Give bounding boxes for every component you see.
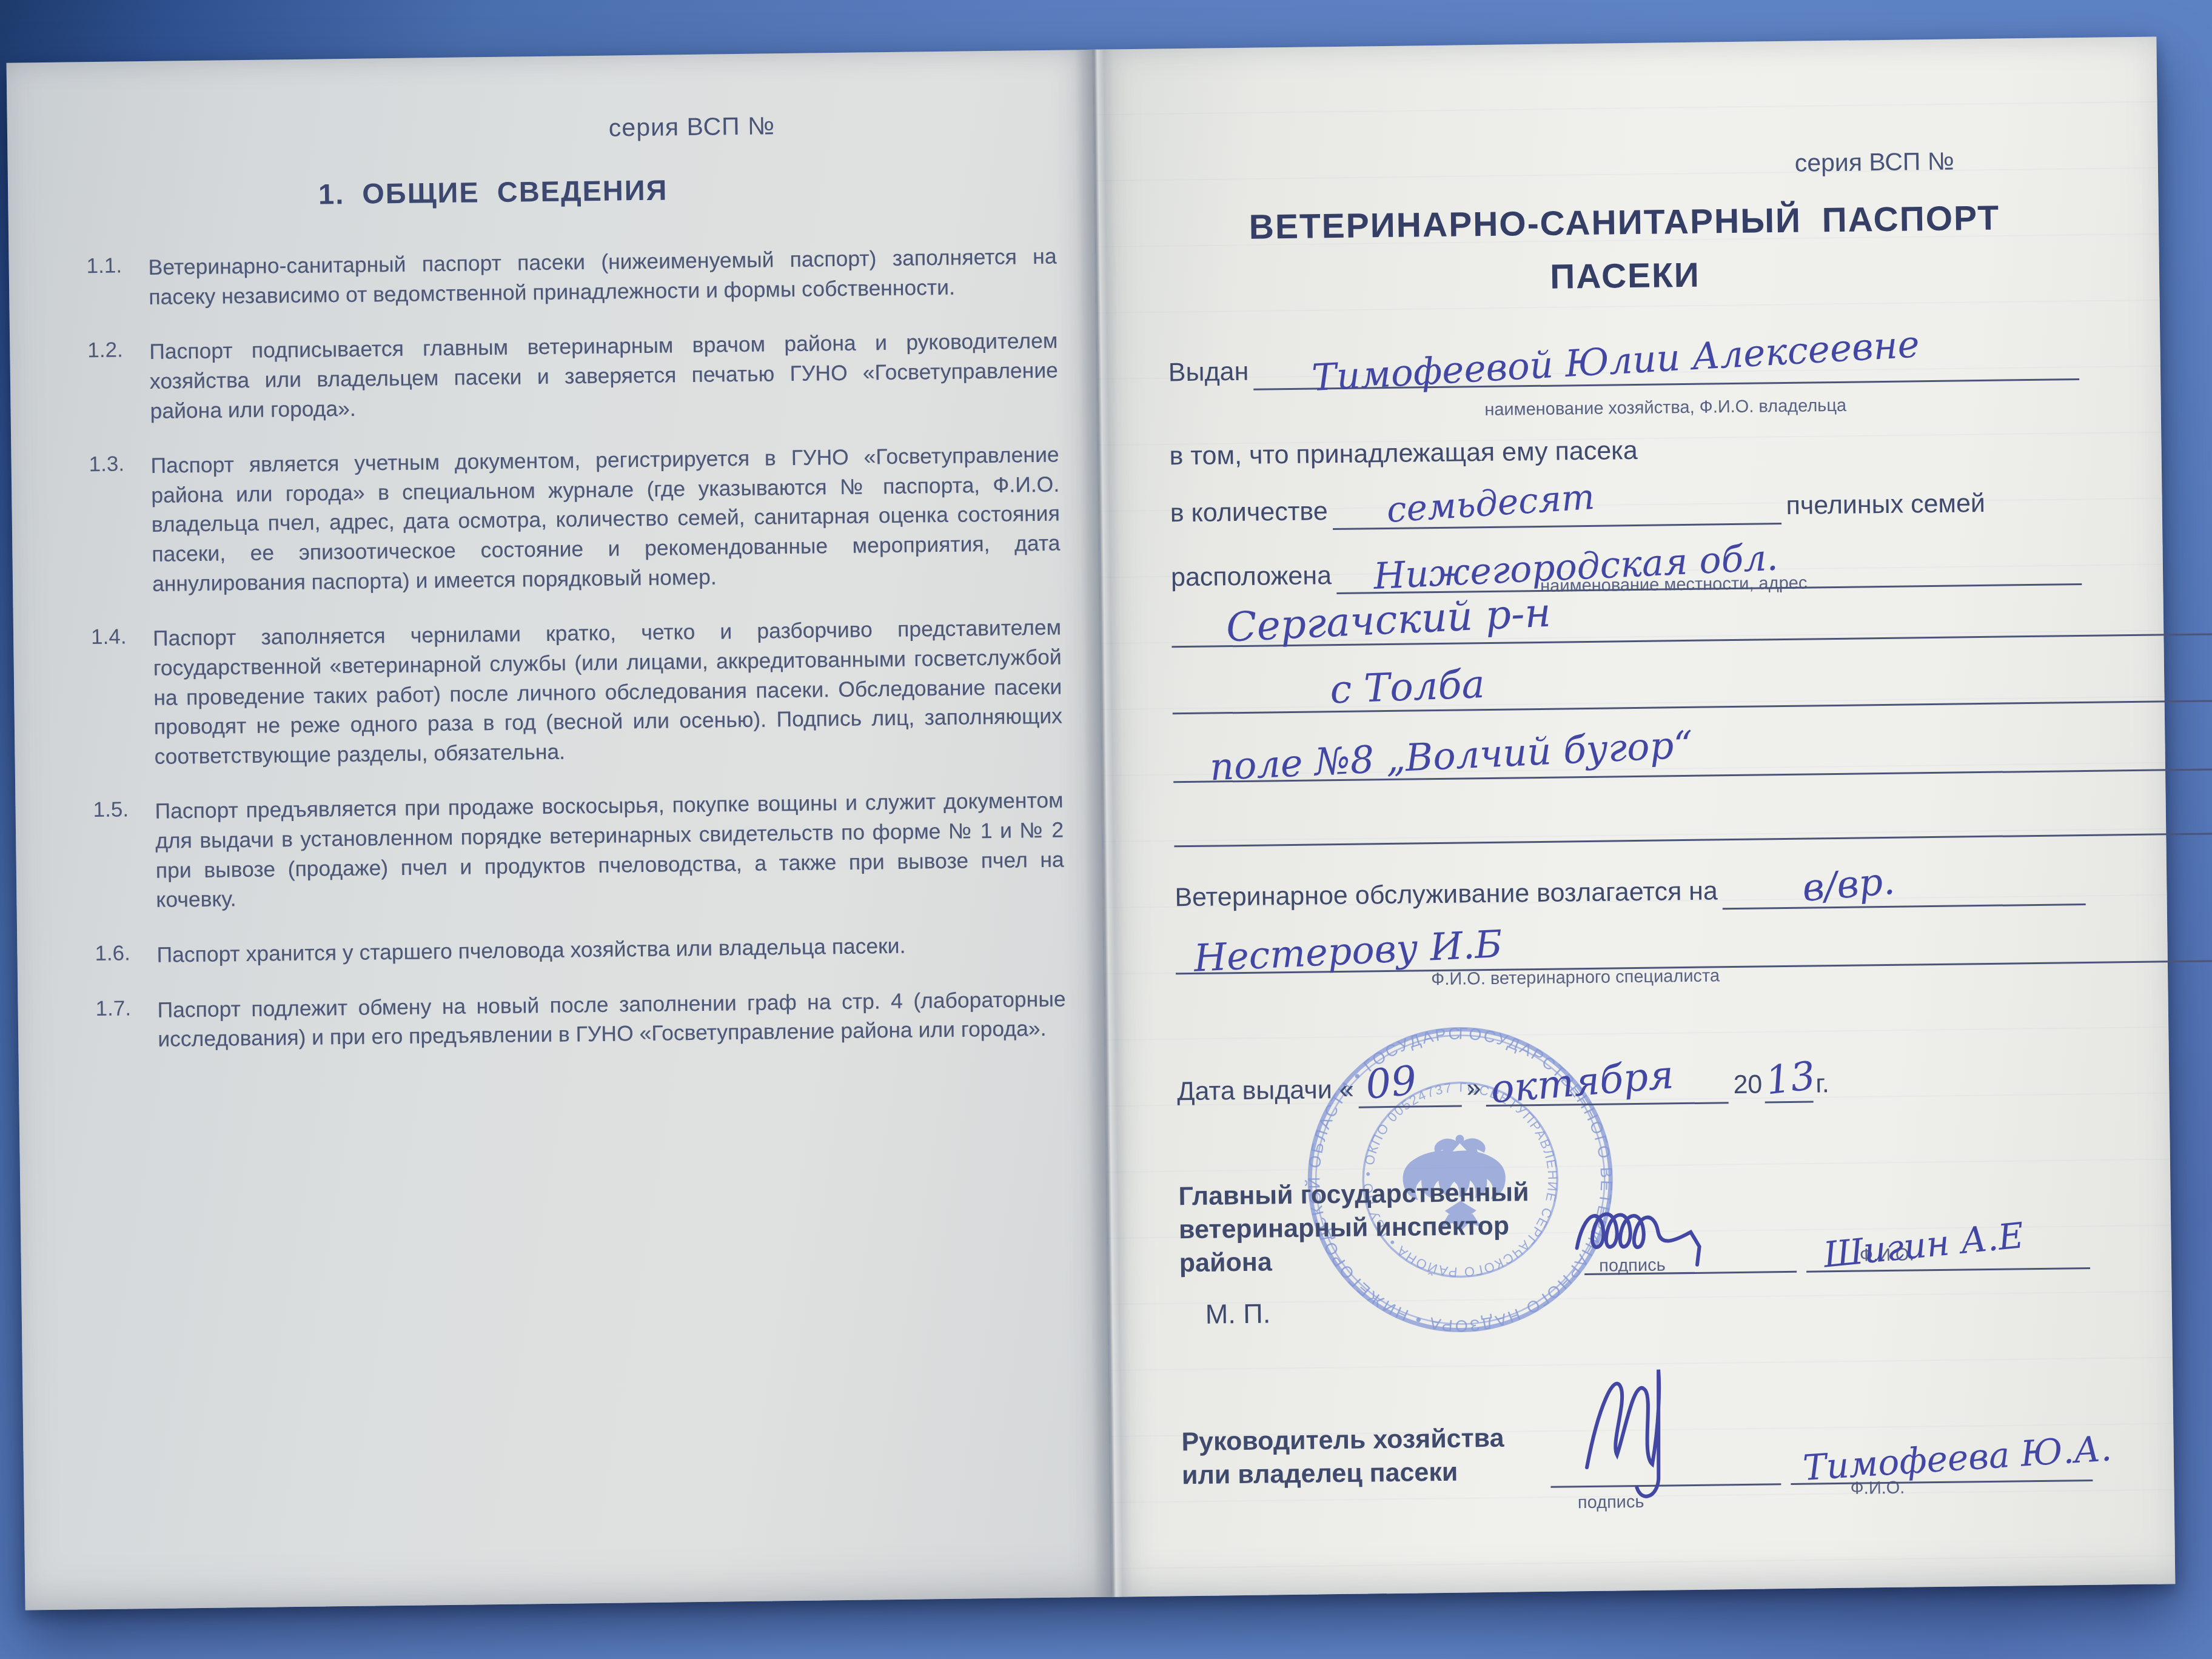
address-ruled-line-2: с Толба <box>1173 700 2212 714</box>
quantity-suffix: пчелиных семей <box>1786 489 1985 525</box>
owner-signature <box>1567 1350 1751 1510</box>
clause-text: Паспорт подписывается главным ветеринарн… <box>149 326 1059 426</box>
vet-service-label: Ветеринарное обслуживание возлагается на <box>1175 876 1718 916</box>
clause-1-7: 1.7. Паспорт подлежит обмену на новый по… <box>95 984 1066 1055</box>
issue-date-month-handwritten: октября <box>1489 1053 1675 1113</box>
clause-number: 1.2. <box>87 337 150 426</box>
inspector-row: Главный государственный ветеринарный инс… <box>1178 1169 2095 1281</box>
clause-1-4: 1.4. Паспорт заполняется чернилами кратк… <box>91 613 1063 773</box>
owner-row: Руководитель хозяйства или владелец пасе… <box>1181 1407 2097 1492</box>
clause-1-6: 1.6. Паспорт хранится у старшего пчелово… <box>95 929 1065 970</box>
owner-label-line2: или владелец пасеки <box>1182 1455 1546 1492</box>
clause-number: 1.3. <box>89 451 152 599</box>
owner-label: Руководитель хозяйства или владелец пасе… <box>1181 1421 1546 1492</box>
left-page-general-info: серия ВСП № 1. ОБЩИЕ СВЕДЕНИЯ 1.1. Ветер… <box>7 50 1112 1610</box>
located-label: расположена <box>1171 561 1332 596</box>
owner-fio-field: Тимофеева Ю.А. <box>1790 1407 2093 1485</box>
issued-field: Тимофеевой Юлии Алексеевне <box>1253 321 2079 390</box>
inspector-label-line1: Главный государственный <box>1178 1175 1579 1213</box>
inspector-label: Главный государственный ветеринарный инс… <box>1178 1175 1580 1280</box>
issue-date-row: Дата выдачи « 09 » октября 20 13 г. <box>1177 1045 2093 1110</box>
clause-number: 1.7. <box>95 995 158 1054</box>
issue-date-close-quote: » <box>1466 1073 1481 1107</box>
issue-date-month-field: октября <box>1486 1050 1729 1107</box>
inspector-fio-field: Шигин А.Е <box>1806 1195 2090 1273</box>
address-ruled-line-3: поле №8 „Волчий бугор“ <box>1173 768 2212 783</box>
issued-to-row: Выдан Тимофеевой Юлии Алексеевне <box>1168 321 2084 391</box>
clause-1-1: 1.1. Ветеринарно-санитарный паспорт пасе… <box>86 242 1057 313</box>
located-handwritten-value: Нижегородская обл. <box>1373 537 1779 598</box>
clause-text: Паспорт является учетным документом, рег… <box>150 440 1061 598</box>
issue-date-year-prefix: 20 <box>1733 1070 1763 1104</box>
vet-service-field: в/вр. <box>1722 845 2086 910</box>
belongs-line: в том, что принадлежащая ему пасека <box>1169 431 2085 471</box>
issue-date-day-handwritten: 09 <box>1364 1057 1419 1108</box>
issue-date-year-handwritten: 13 <box>1763 1053 1818 1104</box>
series-label-right: серия ВСП № <box>1166 146 2082 185</box>
owner-fio-handwritten: Тимофеева Ю.А. <box>1801 1427 2113 1489</box>
quantity-label: в количестве <box>1170 497 1328 532</box>
right-page-title-form: ГОСУДАРСТВЕННОГО ВЕТЕРИНАРНОГО НАДЗОРА •… <box>1093 36 2175 1597</box>
clause-text: Ветеринарно-санитарный паспорт пасеки (н… <box>148 242 1057 312</box>
clause-text: Паспорт заполняется чернилами кратко, че… <box>153 613 1063 771</box>
address-handwritten-field: поле №8 „Волчий бугор“ <box>1208 722 1694 789</box>
quantity-field: семьдесят <box>1332 468 1781 530</box>
inspector-label-line2: ветеринарный инспектор района <box>1179 1208 1580 1280</box>
clause-number: 1.6. <box>95 940 157 971</box>
photo-of-open-passport-booklet: серия ВСП № 1. ОБЩИЕ СВЕДЕНИЯ 1.1. Ветер… <box>0 0 2212 1659</box>
inspector-signature-field <box>1584 1198 1797 1275</box>
clause-1-5: 1.5. Паспорт предъявляется при продаже в… <box>93 786 1064 916</box>
clause-number: 1.5. <box>93 797 156 916</box>
issue-date-day-field: 09 <box>1358 1053 1462 1108</box>
clause-number: 1.1. <box>86 253 149 312</box>
passport-booklet: серия ВСП № 1. ОБЩИЕ СВЕДЕНИЯ 1.1. Ветер… <box>7 36 2176 1610</box>
vet-service-row: Ветеринарное обслуживание возлагается на… <box>1175 845 2091 916</box>
issued-label: Выдан <box>1168 357 1249 392</box>
issued-caption: наименование хозяйства, Ф.И.О. владельца <box>1352 394 1979 422</box>
passport-title: ВЕТЕРИНАРНО-САНИТАРНЫЙ ПАСПОРТ ПАСЕКИ <box>1166 190 2083 309</box>
inspector-fio-handwritten: Шигин А.Е <box>1822 1215 2026 1276</box>
clause-text: Паспорт подлежит обмену на новый после з… <box>157 984 1066 1054</box>
address-ruled-line-1: Сергачский р-н <box>1171 633 2212 648</box>
clause-text: Паспорт предъявляется при продаже воскос… <box>155 786 1064 915</box>
passport-title-line2: ПАСЕКИ <box>1167 244 2083 309</box>
located-row: расположена Нижегородская обл. <box>1170 528 2086 596</box>
quantity-row: в количестве семьдесят пчелиных семей <box>1170 464 2086 532</box>
inspector-signature <box>1571 1173 1791 1278</box>
clause-text: Паспорт хранится у старшего пчеловода хо… <box>156 929 1065 970</box>
owner-label-line1: Руководитель хозяйства <box>1181 1421 1546 1459</box>
address-handwritten-village: с Толба <box>1329 662 1486 713</box>
clause-1-3: 1.3. Паспорт является учетным документом… <box>89 440 1061 600</box>
passport-title-line1: ВЕТЕРИНАРНО-САНИТАРНЫЙ ПАСПОРТ <box>1166 190 2082 255</box>
quantity-handwritten-value: семьдесят <box>1386 476 1596 531</box>
series-label-left: серия ВСП № <box>609 109 1056 142</box>
issued-handwritten-value: Тимофеевой Юлии Алексеевне <box>1310 323 1920 400</box>
issue-date-year-field: 13 <box>1765 1048 1814 1103</box>
vet-service-handwritten-value: в/вр. <box>1801 859 1897 910</box>
owner-signature-field <box>1550 1410 1781 1488</box>
clause-1-2: 1.2. Паспорт подписывается главным ветер… <box>87 326 1059 426</box>
address-handwritten-district: Сергачский р-н <box>1225 589 1552 651</box>
section-title: 1. ОБЩИЕ СВЕДЕНИЯ <box>85 170 901 213</box>
issue-date-label: Дата выдачи « <box>1177 1075 1354 1111</box>
clause-number: 1.4. <box>91 624 155 772</box>
located-field: Нижегородская обл. <box>1336 528 2082 594</box>
